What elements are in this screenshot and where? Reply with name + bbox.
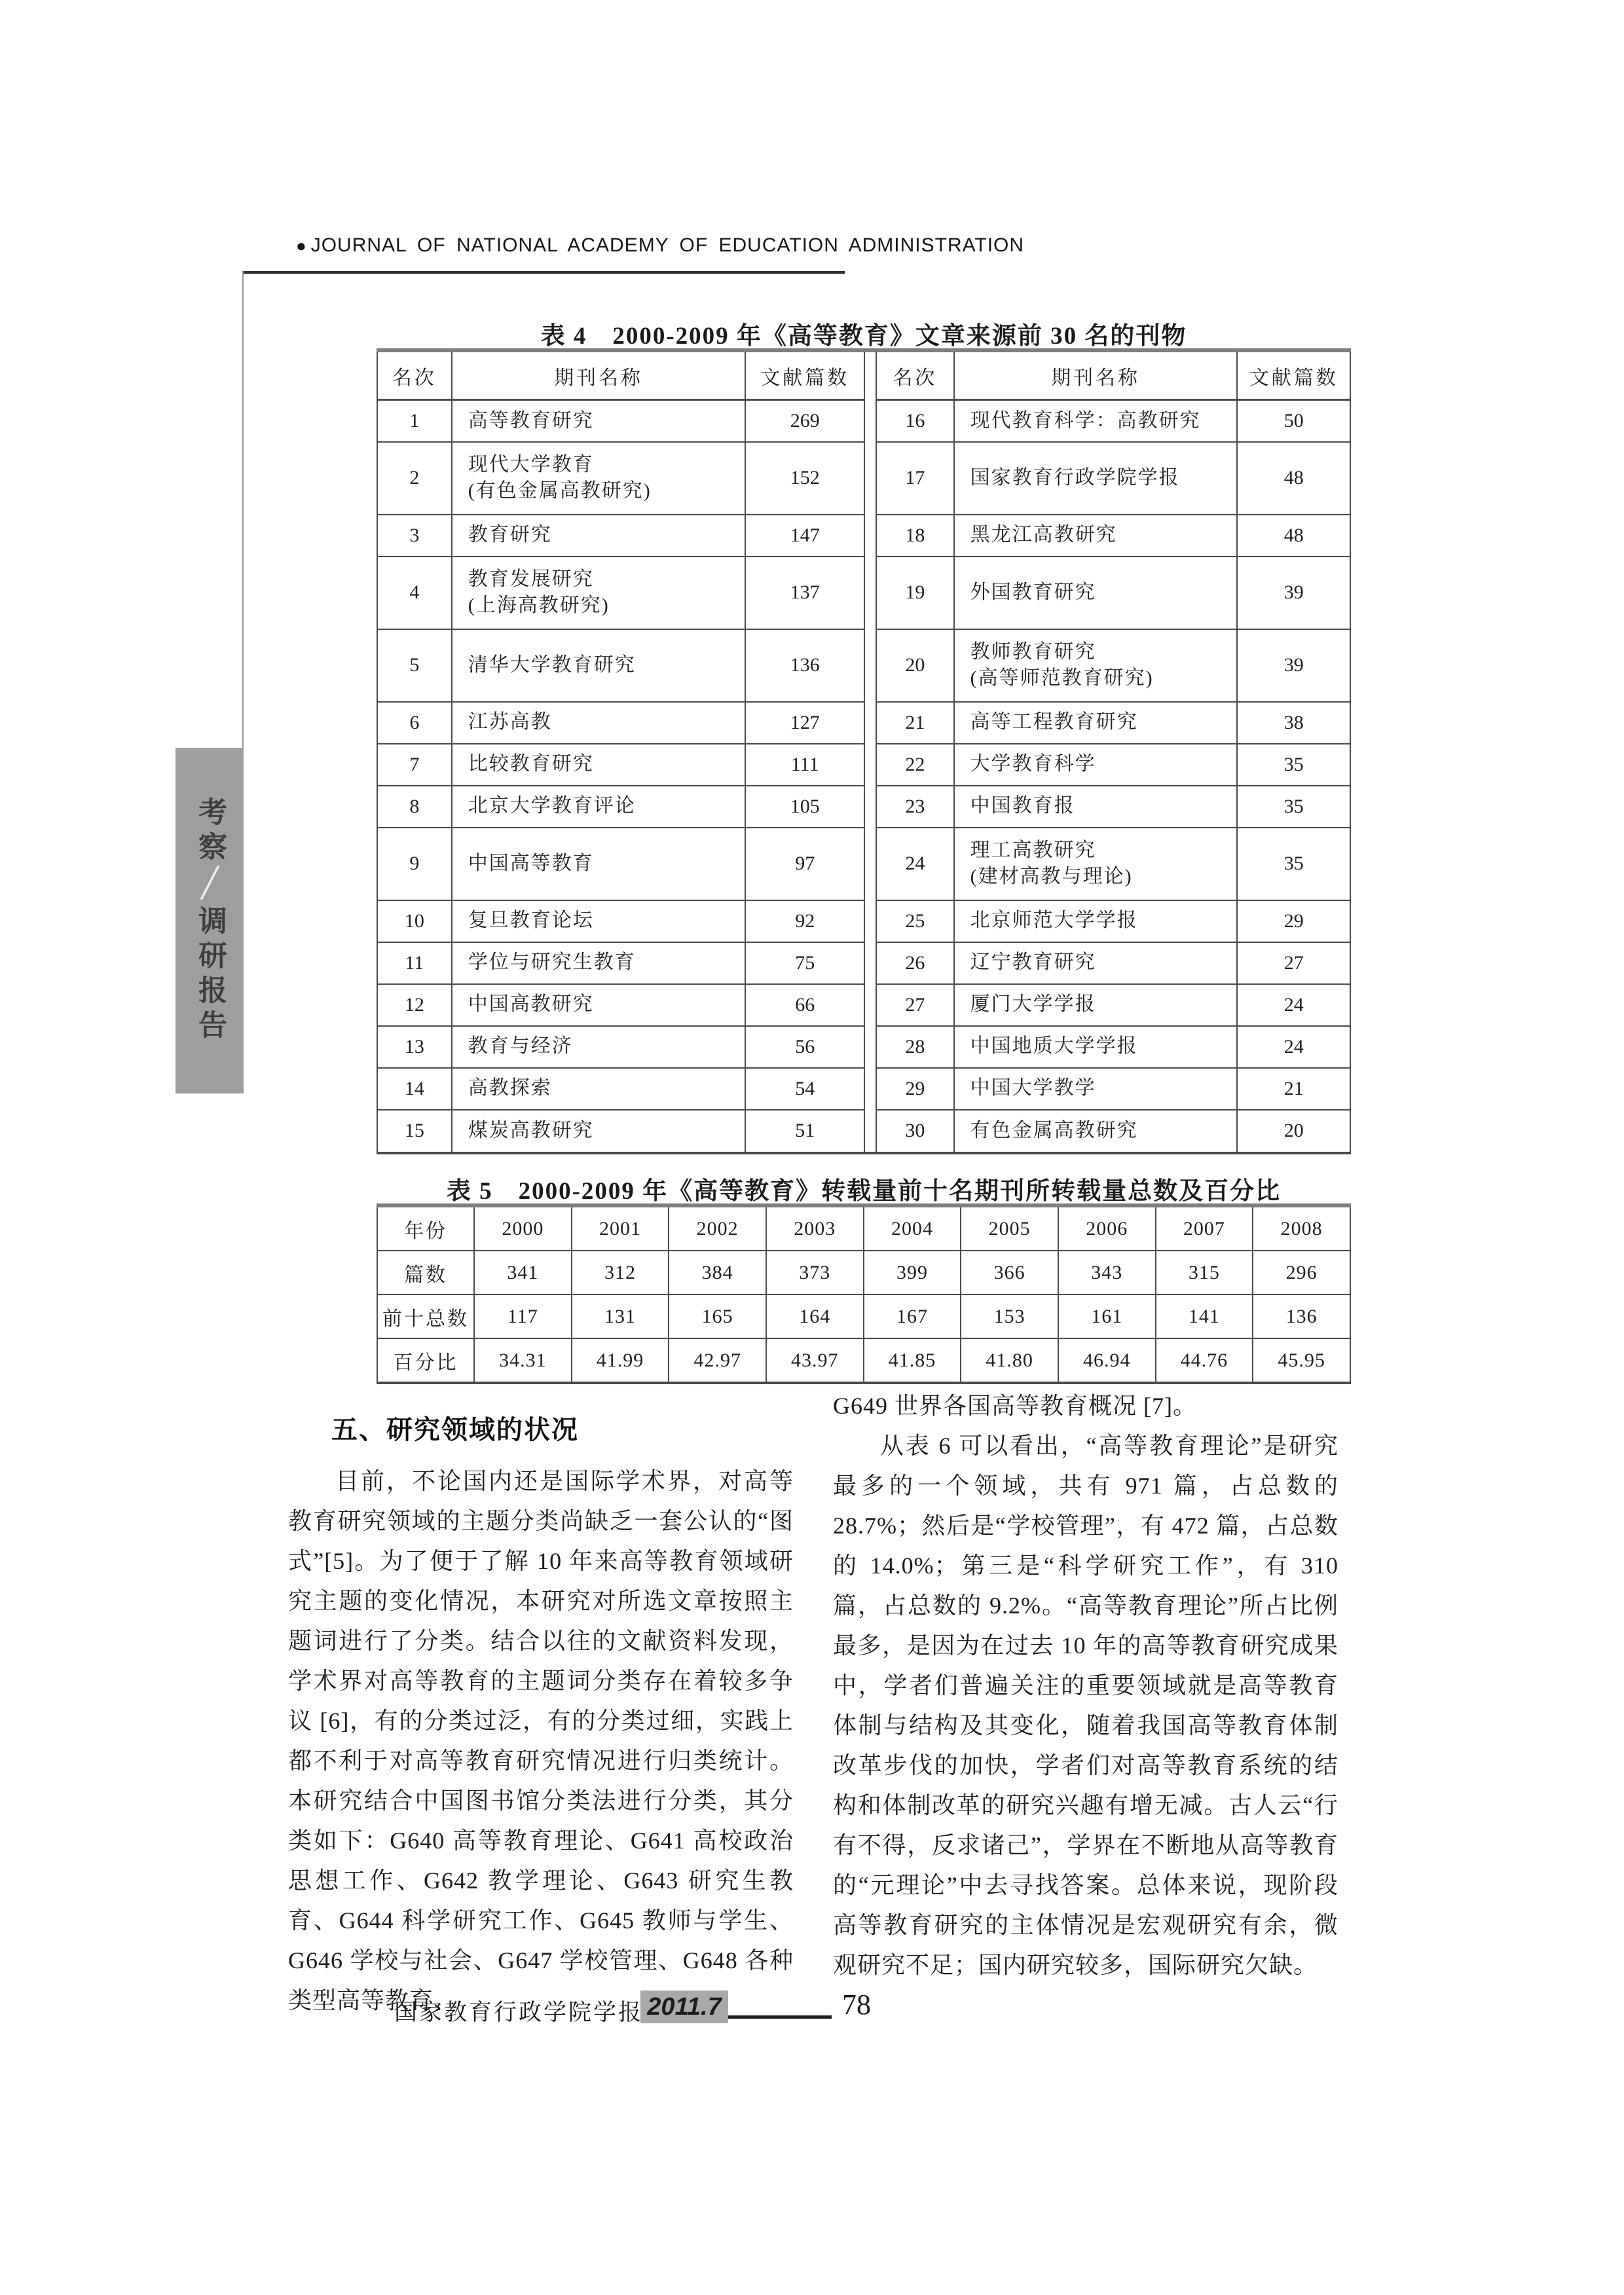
article-count-header: 文献篇数: [745, 352, 864, 400]
table-row: 12中国高教研究66: [377, 984, 864, 1026]
journal-name-cell: 北京师范大学学报: [954, 900, 1238, 942]
rank-cell: 5: [377, 629, 452, 702]
bullet-icon: ●: [296, 236, 307, 255]
journal-name-cell: 复旦教育论坛: [452, 900, 746, 942]
journal-name-cell: 中国地质大学学报: [954, 1026, 1238, 1068]
table-row: 前十总数117131165164167153161141136: [377, 1294, 1350, 1338]
table-row: 19外国教育研究39: [876, 557, 1350, 629]
journal-name-cell: 外国教育研究: [954, 557, 1238, 629]
table-row: 18黑龙江高教研究48: [876, 515, 1350, 557]
rank-cell: 1: [377, 400, 452, 442]
table-row: 14高教探索54: [377, 1068, 864, 1110]
article-count-cell: 136: [745, 629, 864, 702]
rank-cell: 24: [876, 828, 954, 900]
journal-name-cell: 教育研究: [452, 515, 746, 557]
table5-title: 表 5 2000-2009 年《高等教育》转载量前十名期刊所转载量总数及百分比: [377, 1171, 1351, 1206]
journal-name-cell: 有色金属高教研究: [954, 1110, 1238, 1152]
journal-name-header: 期刊名称: [954, 352, 1238, 400]
table4-title: 表 4 2000-2009 年《高等教育》文章来源前 30 名的刊物: [377, 316, 1351, 351]
rank-cell: 8: [377, 786, 452, 828]
journal-title-en: JOURNAL OF NATIONAL ACADEMY OF EDUCATION…: [311, 234, 1024, 256]
article-count-cell: 38: [1237, 702, 1350, 744]
table-row: 10复旦教育论坛92: [377, 900, 864, 942]
value-cell: 2000: [474, 1207, 572, 1251]
row-label-cell: 篇数: [377, 1251, 474, 1294]
table-row: 3教育研究147: [377, 515, 864, 557]
article-count-cell: 20: [1237, 1110, 1350, 1152]
table-row: 2现代大学教育 (有色金属高教研究)152: [377, 442, 864, 515]
article-count-cell: 50: [1237, 400, 1350, 442]
footer-issue-badge: 2011.7: [640, 1991, 728, 2023]
value-cell: 2005: [961, 1207, 1058, 1251]
rank-cell: 20: [876, 629, 954, 702]
rank-cell: 12: [377, 984, 452, 1026]
rank-cell: 11: [377, 942, 452, 984]
table-row: 27厦门大学学报24: [876, 984, 1350, 1026]
article-count-cell: 137: [745, 557, 864, 629]
rank-cell: 9: [377, 828, 452, 900]
value-cell: 2004: [864, 1207, 961, 1251]
journal-name-cell: 厦门大学学报: [954, 984, 1238, 1026]
article-count-cell: 51: [745, 1110, 864, 1152]
table-row: 7比较教育研究111: [377, 744, 864, 786]
value-cell: 315: [1156, 1251, 1253, 1294]
rank-cell: 14: [377, 1068, 452, 1110]
value-cell: 44.76: [1156, 1338, 1253, 1382]
value-cell: 343: [1058, 1251, 1156, 1294]
value-cell: 164: [766, 1294, 864, 1338]
rank-cell: 26: [876, 942, 954, 984]
value-cell: 296: [1253, 1251, 1350, 1294]
article-count-cell: 35: [1237, 828, 1350, 900]
rank-cell: 2: [377, 442, 452, 515]
journal-name-cell: 教育与经济: [452, 1026, 746, 1068]
table-row: 30有色金属高教研究20: [876, 1110, 1350, 1152]
table5-grid: 年份200020012002200320042005200620072008篇数…: [377, 1207, 1351, 1382]
journal-name-cell: 高教探索: [452, 1068, 746, 1110]
journal-name-header: 期刊名称: [452, 352, 746, 400]
value-cell: 141: [1156, 1294, 1253, 1338]
article-count-cell: 66: [745, 984, 864, 1026]
table4-right-half: 名次 期刊名称 文献篇数 16现代教育科学：高教研究5017国家教育行政学院学报…: [876, 352, 1351, 1152]
value-cell: 34.31: [474, 1338, 572, 1382]
rank-cell: 16: [876, 400, 954, 442]
table-header-row: 名次 期刊名称 文献篇数: [876, 352, 1350, 400]
article-count-cell: 97: [745, 828, 864, 900]
journal-name-cell: 理工高教研究 (建材高教与理论): [954, 828, 1238, 900]
journal-name-cell: 教育发展研究 (上海高教研究): [452, 557, 746, 629]
journal-name-cell: 现代大学教育 (有色金属高教研究): [452, 442, 746, 515]
value-cell: 117: [474, 1294, 572, 1338]
rank-cell: 4: [377, 557, 452, 629]
value-cell: 136: [1253, 1294, 1350, 1338]
rank-header: 名次: [377, 352, 452, 400]
journal-name-cell: 黑龙江高教研究: [954, 515, 1238, 557]
rank-cell: 22: [876, 744, 954, 786]
table-row: 25北京师范大学学报29: [876, 900, 1350, 942]
value-cell: 2008: [1253, 1207, 1350, 1251]
article-count-cell: 35: [1237, 744, 1350, 786]
value-cell: 366: [961, 1251, 1058, 1294]
value-cell: 2003: [766, 1207, 864, 1251]
rank-cell: 7: [377, 744, 452, 786]
rank-cell: 13: [377, 1026, 452, 1068]
row-label-cell: 百分比: [377, 1338, 474, 1382]
article-count-cell: 39: [1237, 629, 1350, 702]
rank-cell: 30: [876, 1110, 954, 1152]
paragraph: 目前，不论国内还是国际学术界，对高等教育研究领域的主题分类尚缺乏一套公认的“图式…: [288, 1461, 794, 2021]
value-cell: 312: [572, 1251, 669, 1294]
section-heading: 五、研究领域的状况: [331, 1409, 579, 1446]
journal-name-cell: 中国大学教学: [954, 1068, 1238, 1110]
table5: 年份200020012002200320042005200620072008篇数…: [377, 1203, 1351, 1384]
value-cell: 373: [766, 1251, 864, 1294]
body-right-column: G649 世界各国高等教育概况 [7]。 从表 6 可以看出，“高等教育理论”是…: [833, 1386, 1338, 1985]
row-label-cell: 年份: [377, 1207, 474, 1251]
body-left-column: 目前，不论国内还是国际学术界，对高等教育研究领域的主题分类尚缺乏一套公认的“图式…: [288, 1461, 794, 2021]
article-count-cell: 54: [745, 1068, 864, 1110]
value-cell: 41.99: [572, 1338, 669, 1382]
article-count-cell: 27: [1237, 942, 1350, 984]
rank-cell: 29: [876, 1068, 954, 1110]
article-count-cell: 21: [1237, 1068, 1350, 1110]
table-row: 4教育发展研究 (上海高教研究)137: [377, 557, 864, 629]
table-row: 28中国地质大学学报24: [876, 1026, 1350, 1068]
article-count-header: 文献篇数: [1237, 352, 1350, 400]
article-count-cell: 127: [745, 702, 864, 744]
value-cell: 46.94: [1058, 1338, 1156, 1382]
sidebar-section-label: 考察╱调研报告: [195, 797, 224, 1044]
sidebar-label-top: 考察: [194, 797, 226, 866]
table-row: 29中国大学教学21: [876, 1068, 1350, 1110]
footer-journal-name: 国家教育行政学院学报: [394, 1994, 643, 2027]
value-cell: 167: [864, 1294, 961, 1338]
table-row: 6江苏高教127: [377, 702, 864, 744]
journal-name-cell: 高等工程教育研究: [954, 702, 1238, 744]
rank-cell: 28: [876, 1026, 954, 1068]
row-label-cell: 前十总数: [377, 1294, 474, 1338]
article-count-cell: 92: [745, 900, 864, 942]
table-row: 26辽宁教育研究27: [876, 942, 1350, 984]
value-cell: 43.97: [766, 1338, 864, 1382]
table4: 名次 期刊名称 文献篇数 1高等教育研究2692现代大学教育 (有色金属高教研究…: [377, 348, 1351, 1154]
value-cell: 41.85: [864, 1338, 961, 1382]
article-count-cell: 56: [745, 1026, 864, 1068]
value-cell: 165: [669, 1294, 766, 1338]
journal-header-en: ●JOURNAL OF NATIONAL ACADEMY OF EDUCATIO…: [296, 234, 1024, 257]
page-number: 78: [842, 1988, 871, 2021]
rank-cell: 3: [377, 515, 452, 557]
table-row: 17国家教育行政学院学报48: [876, 442, 1350, 515]
journal-name-cell: 北京大学教育评论: [452, 786, 746, 828]
article-count-cell: 147: [745, 515, 864, 557]
article-count-cell: 39: [1237, 557, 1350, 629]
rank-cell: 21: [876, 702, 954, 744]
article-count-cell: 152: [745, 442, 864, 515]
rank-cell: 18: [876, 515, 954, 557]
table-row: 13教育与经济56: [377, 1026, 864, 1068]
sidebar-label-bottom: 调研报告: [194, 906, 226, 1044]
table-row: 百分比34.3141.9942.9743.9741.8541.8046.9444…: [377, 1338, 1350, 1382]
article-count-cell: 48: [1237, 442, 1350, 515]
rank-header: 名次: [876, 352, 954, 400]
table-row: 15煤炭高教研究51: [377, 1110, 864, 1152]
table-row: 16现代教育科学：高教研究50: [876, 400, 1350, 442]
value-cell: 42.97: [669, 1338, 766, 1382]
journal-name-cell: 学位与研究生教育: [452, 942, 746, 984]
journal-name-cell: 高等教育研究: [452, 400, 746, 442]
paragraph: G649 世界各国高等教育概况 [7]。: [833, 1386, 1338, 1426]
table-row: 20教师教育研究 (高等师范教育研究)39: [876, 629, 1350, 702]
journal-name-cell: 大学教育科学: [954, 744, 1238, 786]
table4-left-half: 名次 期刊名称 文献篇数 1高等教育研究2692现代大学教育 (有色金属高教研究…: [377, 352, 865, 1152]
footer-line: [728, 2015, 832, 2019]
article-count-cell: 24: [1237, 984, 1350, 1026]
journal-name-cell: 比较教育研究: [452, 744, 746, 786]
journal-name-cell: 现代教育科学：高教研究: [954, 400, 1238, 442]
header-rule: [242, 271, 845, 274]
article-count-cell: 269: [745, 400, 864, 442]
table-row: 21高等工程教育研究38: [876, 702, 1350, 744]
value-cell: 2006: [1058, 1207, 1156, 1251]
value-cell: 45.95: [1253, 1338, 1350, 1382]
article-count-cell: 48: [1237, 515, 1350, 557]
value-cell: 41.80: [961, 1338, 1058, 1382]
journal-name-cell: 辽宁教育研究: [954, 942, 1238, 984]
rank-cell: 17: [876, 442, 954, 515]
value-cell: 131: [572, 1294, 669, 1338]
value-cell: 399: [864, 1251, 961, 1294]
value-cell: 2002: [669, 1207, 766, 1251]
sidebar-connector-line: [242, 271, 244, 748]
rank-cell: 23: [876, 786, 954, 828]
journal-name-cell: 国家教育行政学院学报: [954, 442, 1238, 515]
paragraph: 从表 6 可以看出，“高等教育理论”是研究最多的一个领域，共有 971 篇，占总…: [833, 1426, 1338, 1985]
table-row: 9中国高等教育97: [377, 828, 864, 900]
journal-name-cell: 清华大学教育研究: [452, 629, 746, 702]
sidebar-section-tab: 考察╱调研报告: [175, 748, 244, 1093]
journal-name-cell: 教师教育研究 (高等师范教育研究): [954, 629, 1238, 702]
article-count-cell: 105: [745, 786, 864, 828]
article-count-cell: 111: [745, 744, 864, 786]
table-row: 11学位与研究生教育75: [377, 942, 864, 984]
table-row: 22大学教育科学35: [876, 744, 1350, 786]
table-row: 5清华大学教育研究136: [377, 629, 864, 702]
value-cell: 153: [961, 1294, 1058, 1338]
rank-cell: 10: [377, 900, 452, 942]
journal-name-cell: 江苏高教: [452, 702, 746, 744]
rank-cell: 19: [876, 557, 954, 629]
journal-name-cell: 煤炭高教研究: [452, 1110, 746, 1152]
rank-cell: 27: [876, 984, 954, 1026]
table-row: 8北京大学教育评论105: [377, 786, 864, 828]
article-count-cell: 29: [1237, 900, 1350, 942]
value-cell: 2001: [572, 1207, 669, 1251]
rank-cell: 25: [876, 900, 954, 942]
rank-cell: 15: [377, 1110, 452, 1152]
table-row: 1高等教育研究269: [377, 400, 864, 442]
value-cell: 384: [669, 1251, 766, 1294]
value-cell: 341: [474, 1251, 572, 1294]
table-row: 年份200020012002200320042005200620072008: [377, 1207, 1350, 1251]
journal-name-cell: 中国高教研究: [452, 984, 746, 1026]
rank-cell: 6: [377, 702, 452, 744]
value-cell: 2007: [1156, 1207, 1253, 1251]
table-header-row: 名次 期刊名称 文献篇数: [377, 352, 864, 400]
article-count-cell: 75: [745, 942, 864, 984]
table-row: 24理工高教研究 (建材高教与理论)35: [876, 828, 1350, 900]
slash-divider-icon: ╱: [194, 866, 226, 906]
table-row: 篇数341312384373399366343315296: [377, 1251, 1350, 1294]
journal-name-cell: 中国高等教育: [452, 828, 746, 900]
article-count-cell: 24: [1237, 1026, 1350, 1068]
article-count-cell: 35: [1237, 786, 1350, 828]
journal-name-cell: 中国教育报: [954, 786, 1238, 828]
table-row: 23中国教育报35: [876, 786, 1350, 828]
value-cell: 161: [1058, 1294, 1156, 1338]
